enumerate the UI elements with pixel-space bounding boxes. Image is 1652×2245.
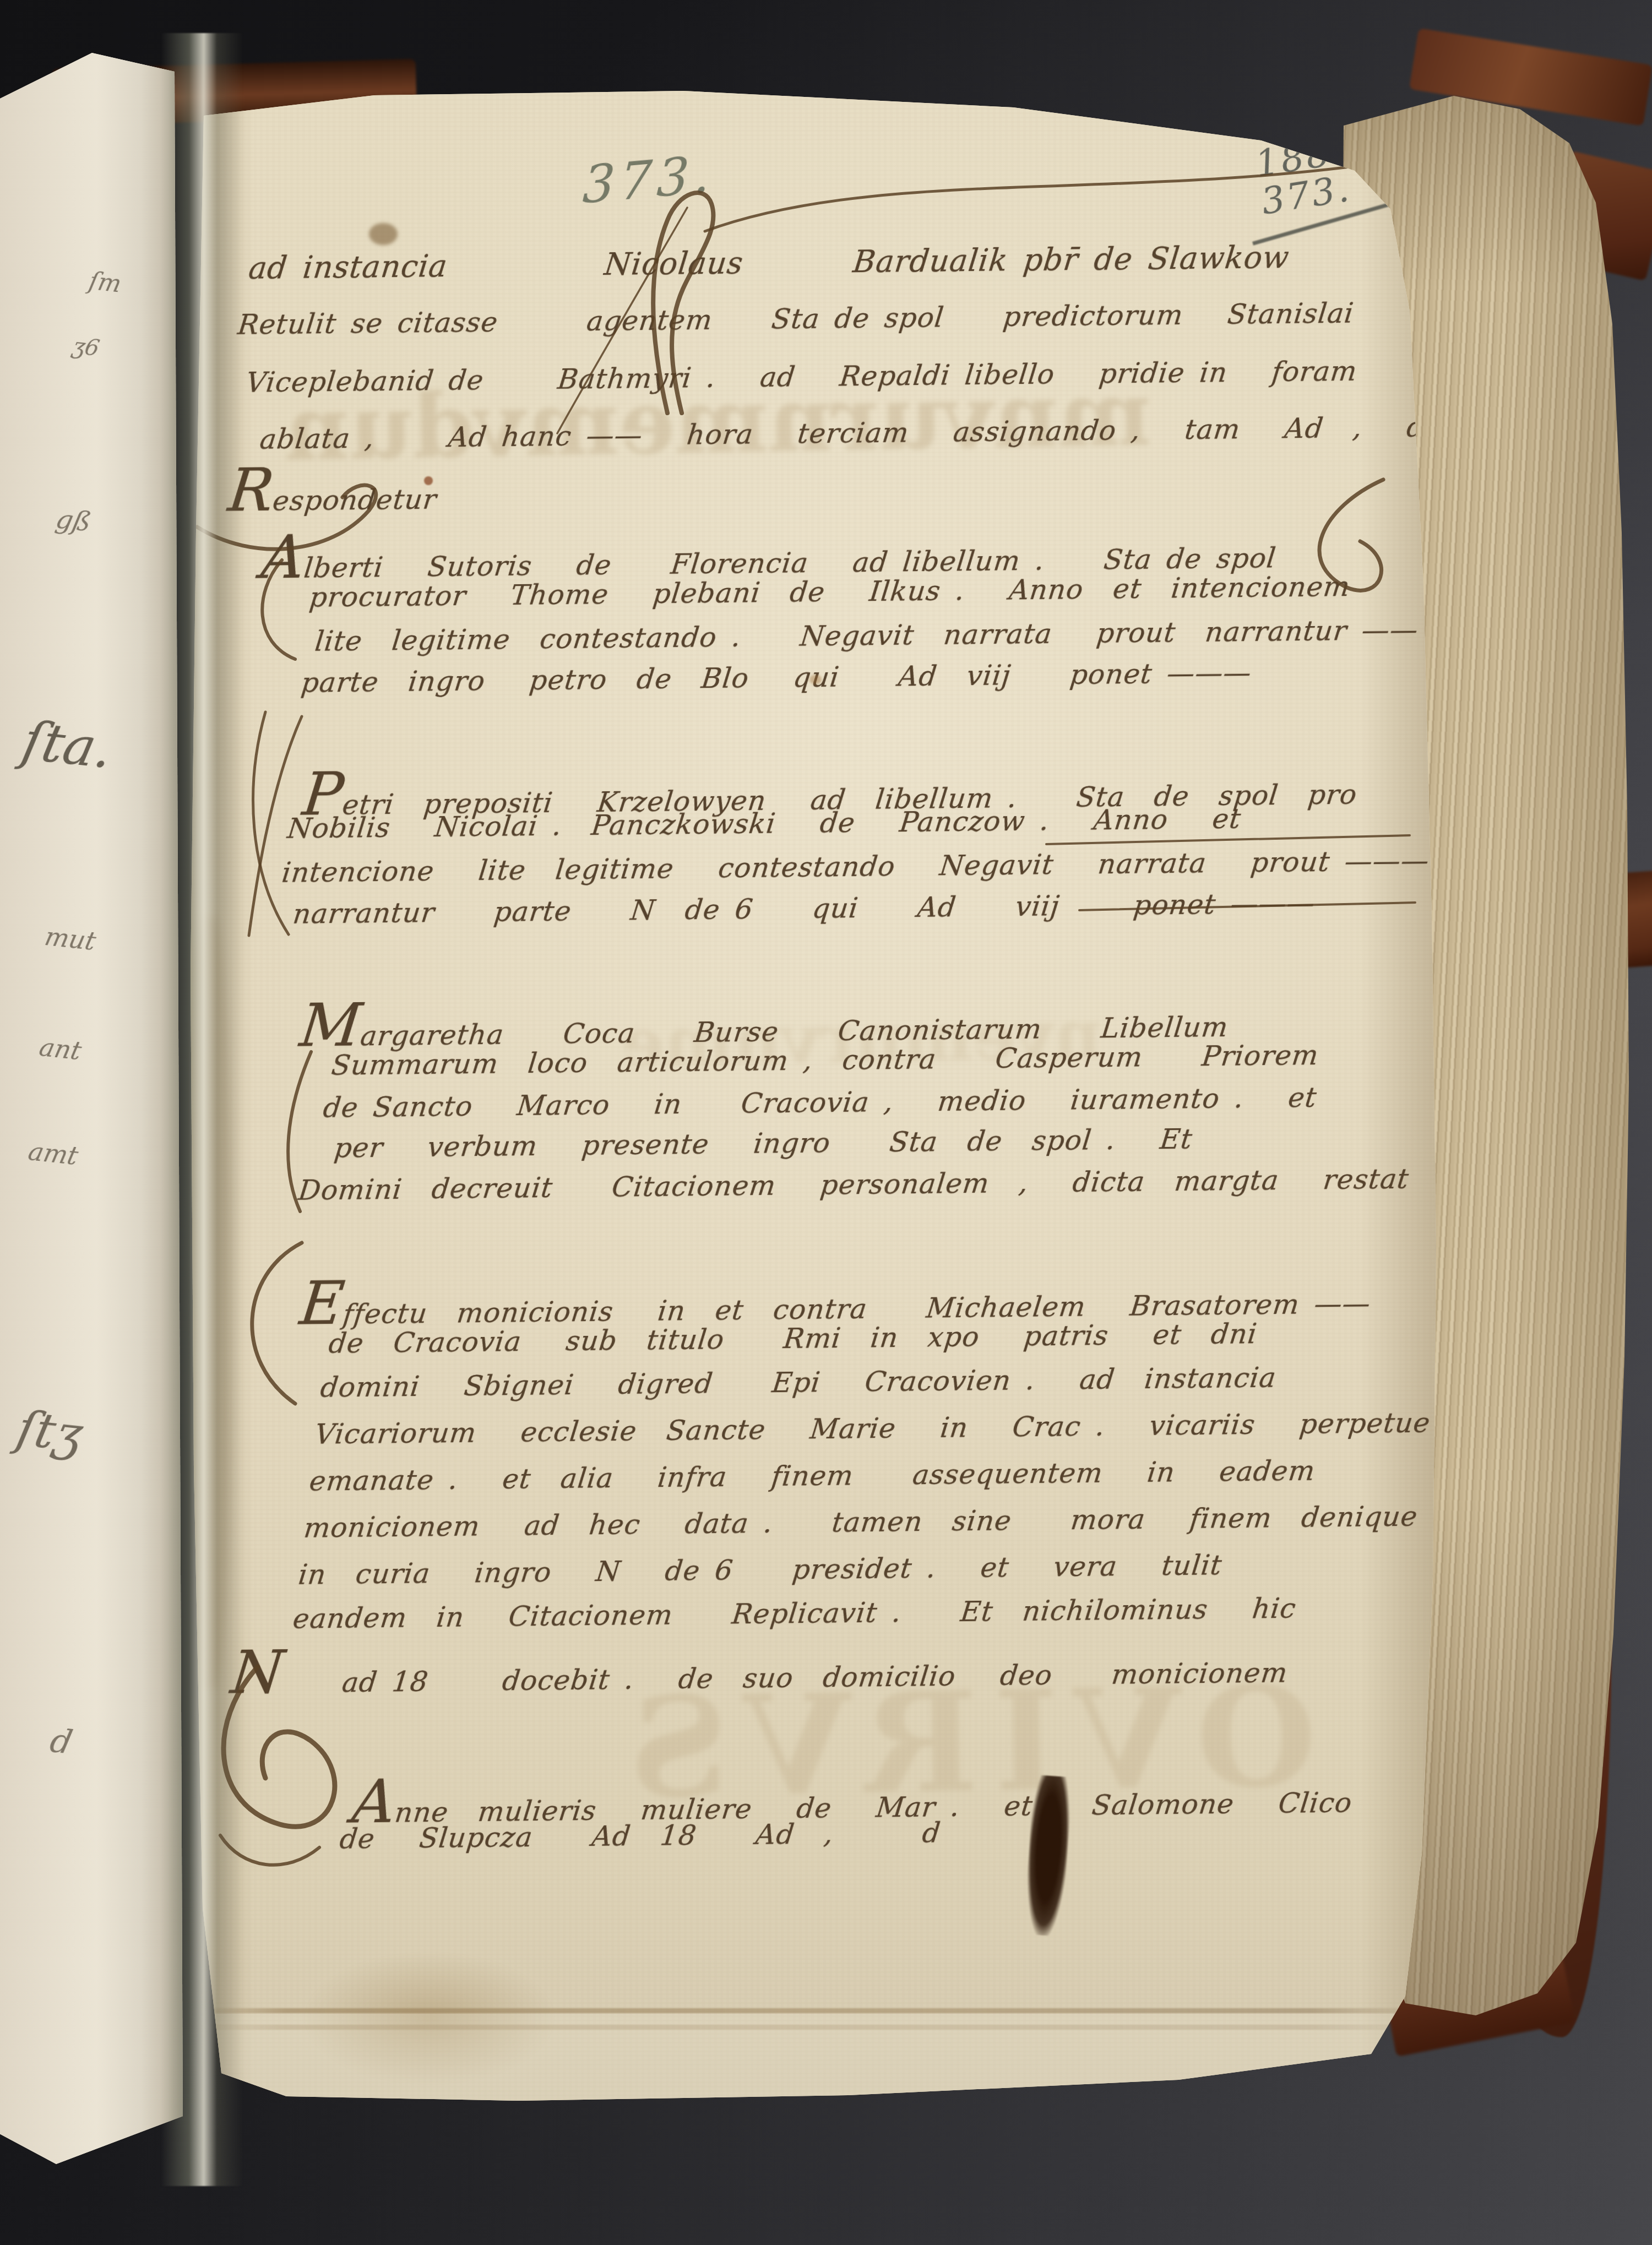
manuscript-page: mnvurnmemvdun nvemnrvnme OVIRVS 373. 188… xyxy=(187,91,1437,2101)
facing-page-text-fragment: ſta. xyxy=(17,710,118,780)
facing-page-text-fragment: ʒ6 xyxy=(70,334,101,361)
facing-page-text-fragment: mut xyxy=(42,922,99,956)
pen-flourishes xyxy=(187,91,1437,2101)
facing-page-text-fragment: amt xyxy=(26,1137,81,1171)
facing-page-text-fragment: ſm xyxy=(86,267,124,298)
facing-page-edge: ſm ʒ6 gß ſta. mut ant amt ſtʒ d xyxy=(0,37,184,2182)
facing-page-text-fragment: ant xyxy=(37,1032,84,1066)
facing-page-text-fragment: ſtʒ xyxy=(12,1400,88,1463)
facing-page-text-fragment: gß xyxy=(53,504,94,538)
manuscript-photo: ſm ʒ6 gß ſta. mut ant amt ſtʒ d mnvurnme… xyxy=(0,0,1652,2245)
